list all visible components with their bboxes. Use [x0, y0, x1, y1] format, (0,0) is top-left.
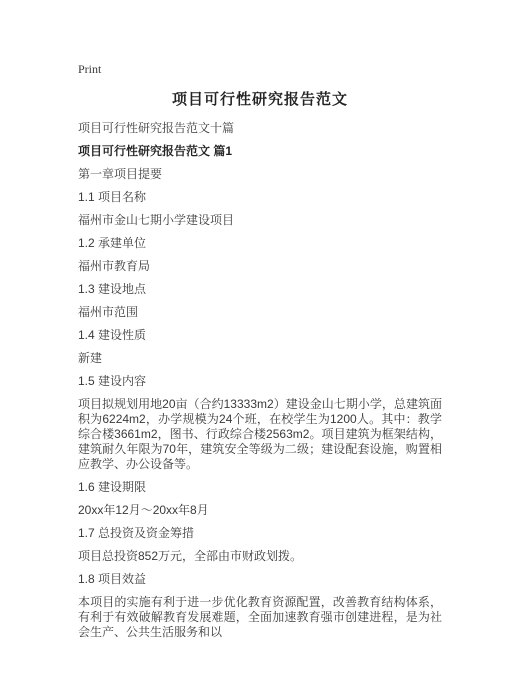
- paragraph: 1.8 项目效益: [78, 572, 442, 587]
- paragraph: 1.1 项目名称: [78, 190, 442, 205]
- print-link[interactable]: Print: [78, 62, 101, 77]
- paragraph: 新建: [78, 351, 442, 366]
- paragraph: 第一章项目提要: [78, 167, 442, 182]
- section-heading: 项目可行性研究报告范文 篇1: [78, 144, 442, 159]
- paragraph: 项目总投资852万元，全部由市财政划拨。: [78, 549, 442, 564]
- paragraph: 项目拟规划用地20亩（合约13333m2）建设金山七期小学，总建筑面积为6224…: [78, 397, 442, 472]
- paragraph: 福州市教育局: [78, 259, 442, 274]
- paragraph: 1.5 建设内容: [78, 374, 442, 389]
- paragraph: 1.6 建设期限: [78, 480, 442, 495]
- paragraph: 20xx年12月～20xx年8月: [78, 503, 442, 518]
- paragraph: 1.4 建设性质: [78, 328, 442, 343]
- paragraph: 本项目的实施有利于进一步优化教育资源配置，改善教育结构体系，有利于有效破解教育发…: [78, 595, 442, 640]
- paragraph: 项目可行性研究报告范文十篇: [78, 121, 442, 136]
- paragraph: 福州市金山七期小学建设项目: [78, 213, 442, 228]
- document-page: Print 项目可行性研究报告范文 项目可行性研究报告范文十篇项目可行性研究报告…: [0, 0, 520, 673]
- paragraph: 1.3 建设地点: [78, 282, 442, 297]
- article-body: 项目可行性研究报告范文十篇项目可行性研究报告范文 篇1第一章项目提要1.1 项目…: [78, 121, 442, 640]
- page-title: 项目可行性研究报告范文: [78, 90, 442, 110]
- paragraph: 1.7 总投资及资金筹措: [78, 526, 442, 541]
- paragraph: 1.2 承建单位: [78, 236, 442, 251]
- paragraph: 福州市范围: [78, 305, 442, 320]
